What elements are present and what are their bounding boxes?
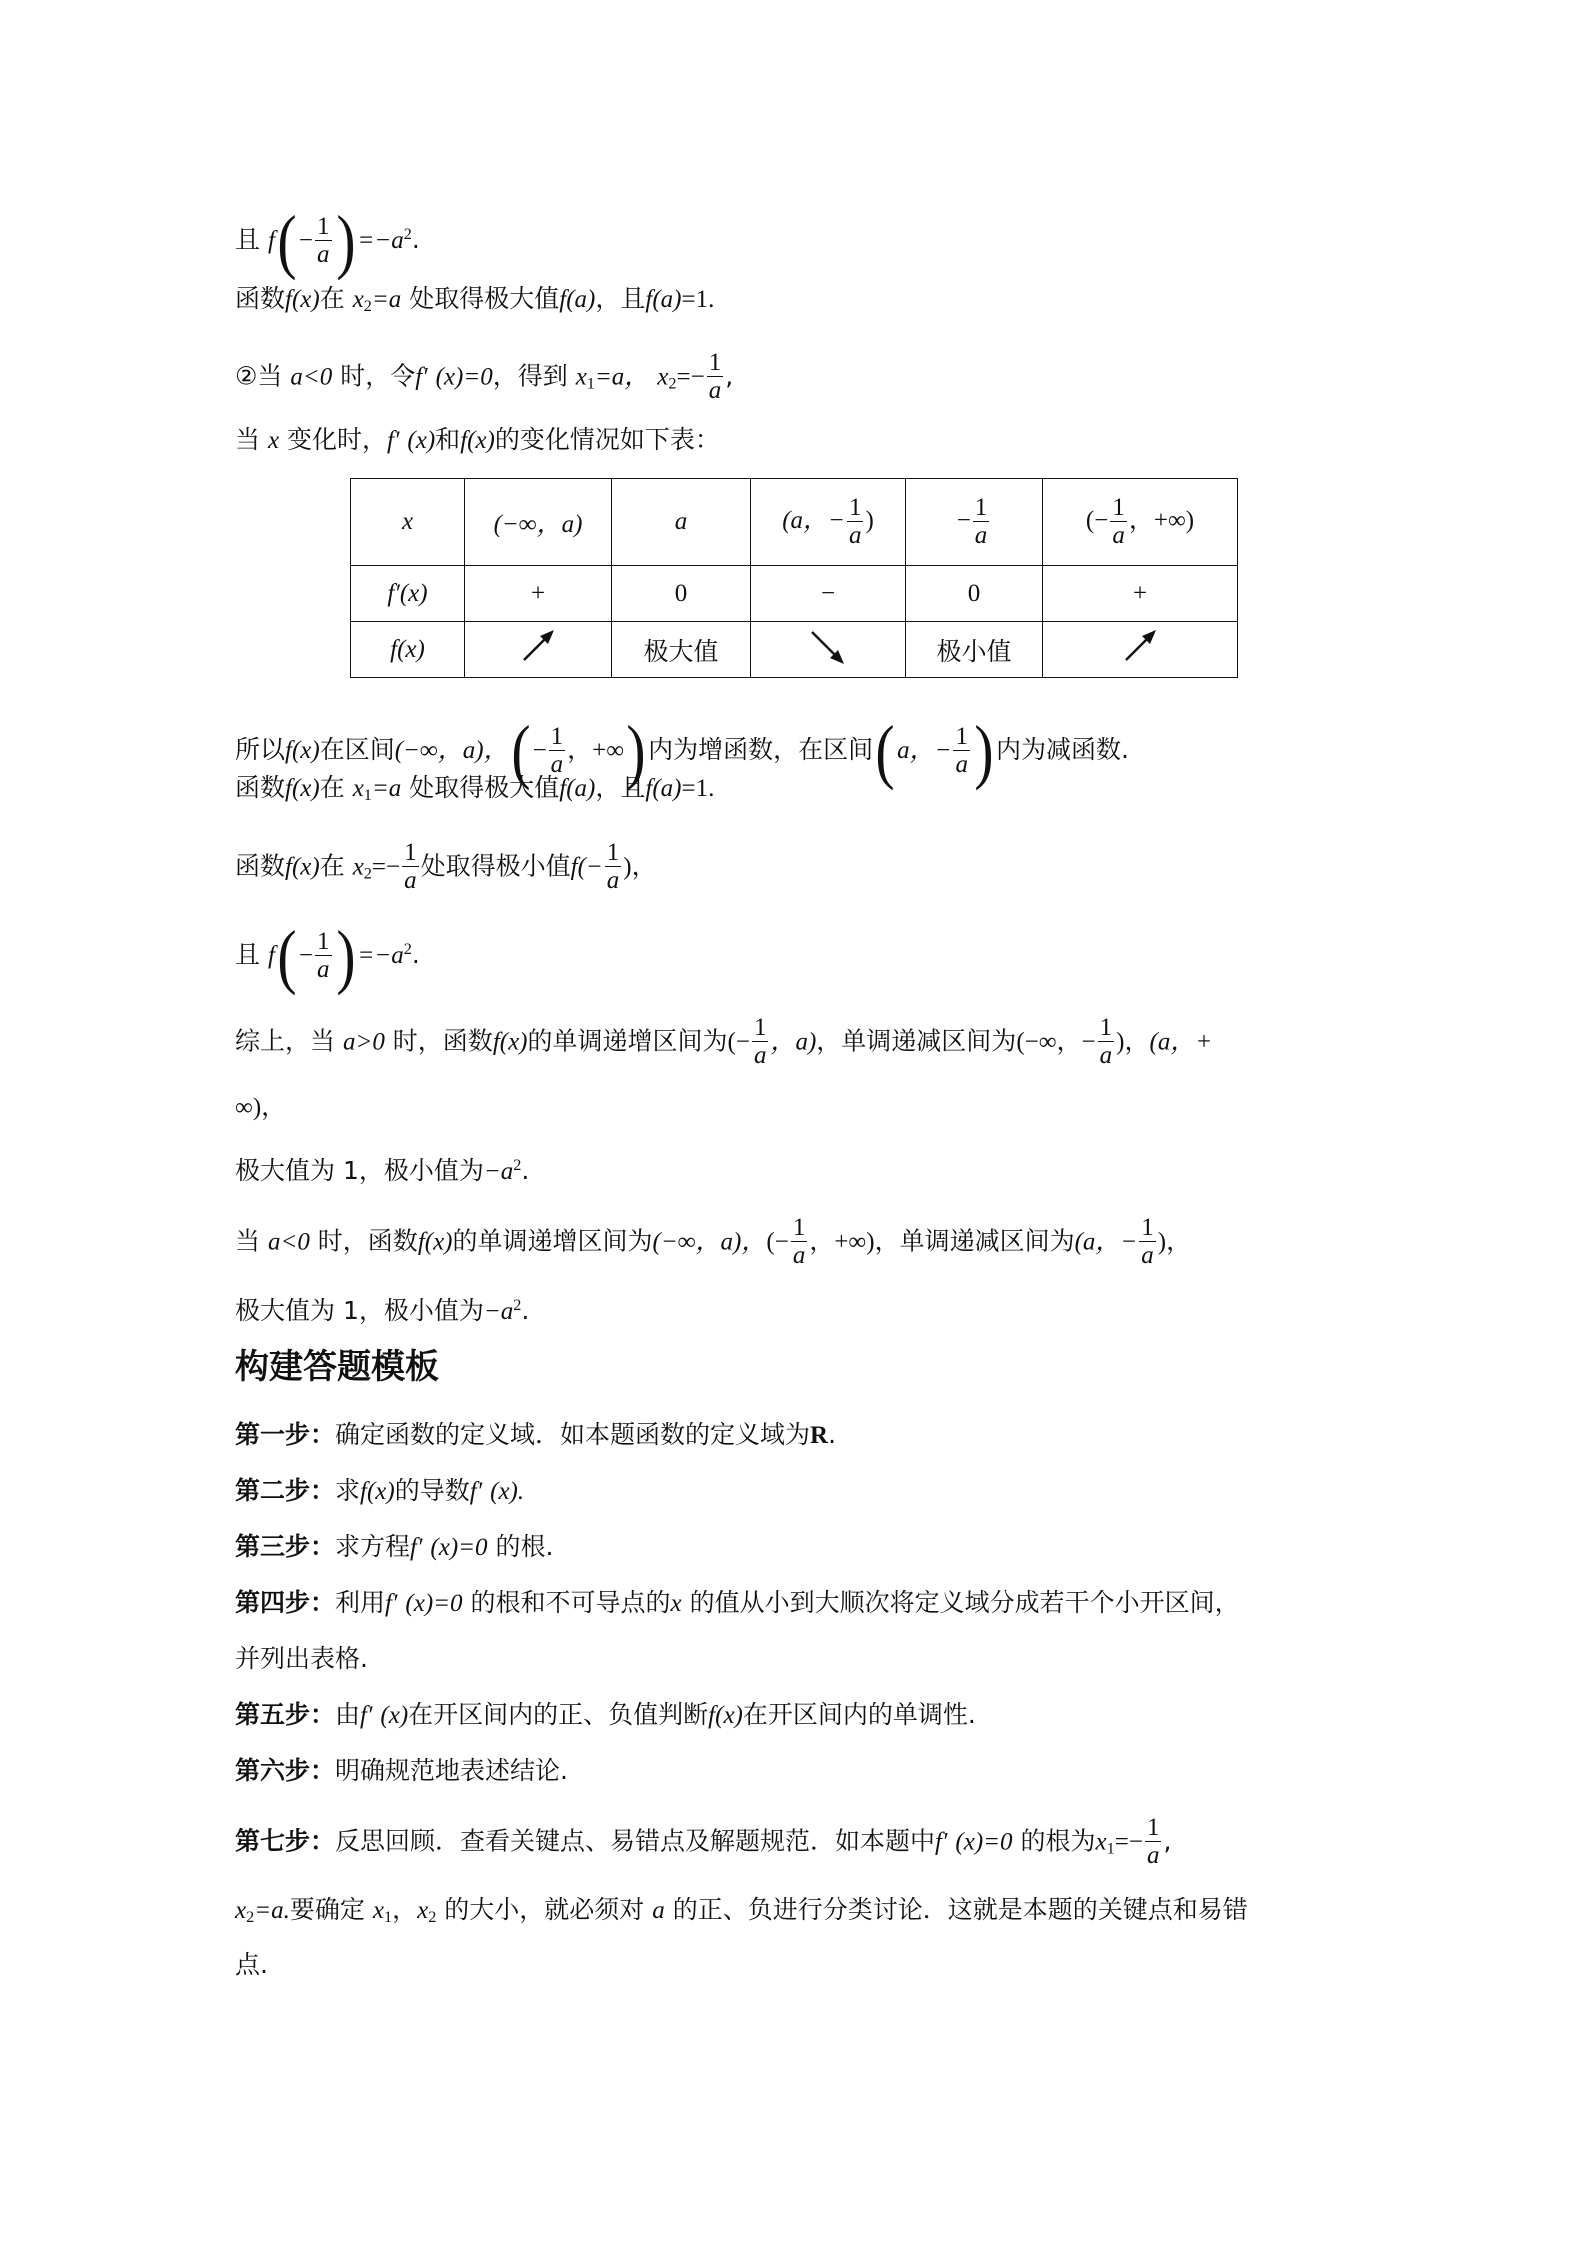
text: 处取得极小值 xyxy=(421,852,571,881)
cell-text: (− xyxy=(1086,507,1108,534)
section-heading: 构建答题模板 xyxy=(235,1347,439,1387)
subscript: 2 xyxy=(428,1908,436,1926)
denominator: a xyxy=(402,867,419,895)
math-fa: f(a) xyxy=(559,286,595,313)
denominator: a xyxy=(605,867,622,895)
math-expr: )， xyxy=(623,854,656,881)
math-expr: f(− xyxy=(571,854,603,881)
denominator: a xyxy=(752,1042,769,1070)
math-interval: (−∞，a)， xyxy=(653,1229,767,1256)
math-fx: f(x) xyxy=(285,854,320,881)
fraction: 1a xyxy=(752,1015,769,1070)
local-max-label: 极大值 xyxy=(643,637,718,666)
period: . xyxy=(412,225,420,254)
numerator: 1 xyxy=(973,495,990,522)
text: ，且 xyxy=(595,284,645,313)
table-row-fprime: f′(x) + 0 − 0 + xyxy=(351,566,1238,622)
step-text: 点. xyxy=(235,1950,268,1979)
cell-text: a xyxy=(675,508,688,535)
table-row-x: x (−∞，a) a (a，−1a) −1a (−1a，+∞) xyxy=(351,479,1238,566)
math-interval: (−∞，a)， xyxy=(395,737,509,764)
math-expr: =−a xyxy=(358,942,404,969)
text: ，得到 xyxy=(493,362,568,391)
denominator: a xyxy=(1139,1242,1156,1270)
sign-plus: + xyxy=(531,580,545,607)
conclusion-fmin-value-1: 且 f(−1a)=−a2. xyxy=(235,205,420,277)
variation-table: x (−∞，a) a (a，−1a) −1a (−1a，+∞) f′(x) + … xyxy=(350,478,1238,678)
step-label: 第六步： xyxy=(235,1756,335,1785)
math-expr: (x)=0 xyxy=(436,364,493,391)
row-header-f: f(x) xyxy=(351,622,465,678)
step-7-end: 点. xyxy=(235,1950,268,1980)
cell-text: ) xyxy=(865,507,873,534)
comma: , xyxy=(725,362,733,391)
math-expr: =a. xyxy=(254,1897,290,1924)
math-expr: (a，− xyxy=(1075,1229,1138,1256)
fraction: 1a xyxy=(847,495,864,550)
math-expr: =− xyxy=(1115,1829,1143,1856)
math-expr: (x) xyxy=(407,427,435,454)
fraction: 1a xyxy=(402,840,419,895)
denominator: a xyxy=(973,522,990,550)
denominator: a xyxy=(1145,1842,1162,1870)
denominator: a xyxy=(707,377,724,405)
fraction: 1a xyxy=(1110,495,1127,550)
text: 当 xyxy=(235,1227,260,1256)
cell-f-5 xyxy=(1043,622,1238,678)
zero: 0 xyxy=(968,580,981,607)
extreme-values-line-2: 极大值为 1，极小值为−a2. xyxy=(235,1290,529,1327)
math-fx: f(x) xyxy=(708,1702,743,1729)
big-paren-interval: (a，−1a) xyxy=(873,715,996,787)
step-label: 第四步： xyxy=(235,1588,335,1617)
math-x: x xyxy=(268,427,279,454)
numerator: 1 xyxy=(1110,495,1127,522)
text: 在区间 xyxy=(320,735,395,764)
conclusion-fmin-value-2: 且 f(−1a)=−a2. xyxy=(235,920,420,992)
cell-text: (−∞，a) xyxy=(494,511,583,538)
fraction: 1a xyxy=(315,929,332,984)
text: 在 xyxy=(320,284,345,313)
math-fa: f(a) xyxy=(645,775,681,802)
fraction: 1a xyxy=(1139,1215,1156,1270)
math-f: f xyxy=(268,227,275,254)
subscript: 2 xyxy=(364,297,372,315)
extreme-values-line-1: 极大值为 1，极小值为−a2. xyxy=(235,1150,529,1187)
cell-text: ，+∞) xyxy=(1129,507,1194,534)
step-text: 并列出表格. xyxy=(235,1644,368,1673)
cell-text: f′(x) xyxy=(387,580,427,607)
max-value-line-2: 函数f(x)在 x1=a 处取得极大值f(a)，且f(a)=1. xyxy=(235,773,714,810)
step-label: 第七步： xyxy=(235,1827,335,1856)
math-condition: a<0 xyxy=(268,1229,310,1256)
numerator: 1 xyxy=(315,929,332,956)
subscript: 1 xyxy=(587,375,595,393)
math-expr: (−∞，− xyxy=(1016,1029,1095,1056)
numerator: 1 xyxy=(752,1015,769,1042)
fraction: 1a xyxy=(973,495,990,550)
max-value-line-1: 函数f(x)在 x2=a 处取得极大值f(a)，且f(a)=1. xyxy=(235,284,714,321)
math-fprime: f′ xyxy=(415,364,427,391)
summary-a-positive-line: 综上，当 a>0 时，函数f(x)的单调递增区间为(−1a，a)，单调递减区间为… xyxy=(235,1015,1212,1070)
table-intro-line: 当 x 变化时，f′ (x)和f(x)的变化情况如下表： xyxy=(235,425,720,456)
math-x: x xyxy=(576,364,587,391)
math-expr: ，+∞ xyxy=(567,736,624,766)
cell-fprime-4: 0 xyxy=(906,566,1043,622)
cell-x-3: (a，−1a) xyxy=(751,479,906,566)
cell-fprime-2: 0 xyxy=(612,566,751,622)
math-fx: f(x) xyxy=(360,1478,395,1505)
denominator: a xyxy=(315,241,332,269)
math-a: a xyxy=(652,1897,665,1924)
cell-f-1 xyxy=(465,622,612,678)
cell-x-2: a xyxy=(612,479,751,566)
math-x: x xyxy=(353,854,364,881)
cell-x-4: −1a xyxy=(906,479,1043,566)
period: . xyxy=(521,1296,529,1325)
math-expr: =−a xyxy=(358,227,404,254)
text: 且 xyxy=(235,940,260,969)
step-text: 利用 xyxy=(335,1588,385,1617)
text: 所以 xyxy=(235,735,285,764)
numerator: 1 xyxy=(707,350,724,377)
math-fprime: f′ xyxy=(387,427,399,454)
numerator: 1 xyxy=(402,840,419,867)
table-row-f: f(x) 极大值 极小值 xyxy=(351,622,1238,678)
cell-f-4: 极小值 xyxy=(906,622,1043,678)
math-fprime: f′ xyxy=(935,1829,947,1856)
math-x: x xyxy=(373,1897,384,1924)
big-paren-expr: (−1a) xyxy=(275,205,358,277)
step-text: 的正、负进行分类讨论．这就是本题的关键点和易错 xyxy=(673,1895,1248,1924)
math-expr: =− xyxy=(676,364,704,391)
period: . xyxy=(828,1420,836,1449)
fraction: 1a xyxy=(549,724,566,779)
math-fa: f(a) xyxy=(559,775,595,802)
denominator: a xyxy=(953,751,970,779)
step-text: 的值从小到大顺次将定义域分成若干个小开区间， xyxy=(690,1588,1240,1617)
math-expr: (x)=0 xyxy=(405,1590,462,1617)
text: ，单调递减区间为 xyxy=(875,1227,1075,1256)
fraction: 1a xyxy=(1145,1815,1162,1870)
text: 在 xyxy=(320,852,345,881)
local-min-label: 极小值 xyxy=(936,637,1011,666)
minus: − xyxy=(299,941,313,971)
comma: , xyxy=(1163,1827,1171,1856)
zero: 0 xyxy=(675,580,688,607)
exponent: 2 xyxy=(404,940,412,958)
math-expr: =a xyxy=(372,286,401,313)
subscript: 2 xyxy=(364,865,372,883)
numerator: 1 xyxy=(953,724,970,751)
text: ，且 xyxy=(595,773,645,802)
math-expr: =a， xyxy=(595,364,649,391)
cell-text: f(x) xyxy=(390,636,425,663)
math-expr: (x)=0 xyxy=(955,1829,1012,1856)
denominator: a xyxy=(1110,522,1127,550)
math-x: x xyxy=(671,1590,682,1617)
text: 当 xyxy=(235,425,260,454)
step-text: 的大小，就必须对 xyxy=(444,1895,644,1924)
case-a-negative-line: ②当 a<0 时，令f′ (x)=0，得到 x1=a， x2=−1a, xyxy=(235,350,733,405)
math-expr: (x) xyxy=(380,1702,408,1729)
step-5: 第五步：由f′ (x)在开区间内的正、负值判断f(x)在开区间内的单调性. xyxy=(235,1700,976,1731)
cell-f-2: 极大值 xyxy=(612,622,751,678)
text: 处取得极大值 xyxy=(409,284,559,313)
math-fx: f(x) xyxy=(285,775,320,802)
step-text: 反思回顾．查看关键点、易错点及解题规范．如本题中 xyxy=(335,1827,935,1856)
big-paren-expr: (−1a) xyxy=(275,920,358,992)
text: 函数 xyxy=(235,284,285,313)
math-fprime: f′ xyxy=(470,1478,482,1505)
text: 内为增函数，在区间 xyxy=(648,735,873,764)
text: 时，函数 xyxy=(318,1227,418,1256)
summary-a-negative-line: 当 a<0 时，函数f(x)的单调递增区间为(−∞，a)，(−1a，+∞)，单调… xyxy=(235,1215,1191,1270)
step-text: 确定函数的定义域．如本题函数的定义域为 xyxy=(335,1420,810,1449)
decreasing-arrow-icon xyxy=(808,626,848,666)
fraction: 1a xyxy=(1098,1015,1115,1070)
math-x: x xyxy=(353,286,364,313)
math-expr: ，a) xyxy=(770,1029,816,1056)
numerator: 1 xyxy=(847,495,864,522)
math-fprime: f′ xyxy=(360,1702,372,1729)
math-expr: ，+∞) xyxy=(809,1229,874,1256)
cell-f-3 xyxy=(751,622,906,678)
minus: − xyxy=(533,736,547,766)
text: 的单调递增区间为 xyxy=(453,1227,653,1256)
text: 函数 xyxy=(235,852,285,881)
cell-x-1: (−∞，a) xyxy=(465,479,612,566)
text: ，单调递减区间为 xyxy=(816,1027,1016,1056)
step-2: 第二步：求f(x)的导数f′ (x). xyxy=(235,1476,524,1507)
denominator: a xyxy=(315,956,332,984)
math-fx: f(x) xyxy=(285,737,320,764)
step-text: 的根和不可导点的 xyxy=(470,1588,670,1617)
summary-continuation: ∞)， xyxy=(235,1093,286,1123)
math-expr: )， xyxy=(1116,1029,1149,1056)
numerator: 1 xyxy=(1139,1215,1156,1242)
denominator: a xyxy=(1098,1042,1115,1070)
step-text: 的根为 xyxy=(1020,1827,1095,1856)
exponent: 2 xyxy=(404,225,412,243)
math-expr: =a xyxy=(372,775,401,802)
step-label: 第五步： xyxy=(235,1700,335,1729)
step-text: 求 xyxy=(335,1476,360,1505)
cell-text: x xyxy=(402,508,413,535)
row-header-fprime: f′(x) xyxy=(351,566,465,622)
cell-text: (a，− xyxy=(782,507,845,534)
math-fprime: f′ xyxy=(385,1590,397,1617)
step-1: 第一步：确定函数的定义域．如本题函数的定义域为R. xyxy=(235,1420,836,1451)
math-x: x xyxy=(1096,1829,1107,1856)
step-label: 第一步： xyxy=(235,1420,335,1449)
step-label: 第二步： xyxy=(235,1476,335,1505)
subscript: 1 xyxy=(1107,1840,1115,1858)
math-fx: f(x) xyxy=(285,286,320,313)
sign-plus: + xyxy=(1133,580,1147,607)
step-3: 第三步：求方程f′ (x)=0 的根. xyxy=(235,1532,553,1563)
math-expr: −a xyxy=(484,1298,513,1325)
math-f: f xyxy=(268,942,275,969)
step-4: 第四步：利用f′ (x)=0 的根和不可导点的x 的值从小到大顺次将定义域分成若… xyxy=(235,1588,1240,1619)
math-expr: (a，+ xyxy=(1150,1029,1213,1056)
text: 变化时， xyxy=(287,425,387,454)
text: 极大值为 1，极小值为 xyxy=(235,1296,484,1325)
numerator: 1 xyxy=(1145,1815,1162,1842)
step-6: 第六步：明确规范地表述结论. xyxy=(235,1756,568,1786)
math-expr: =1. xyxy=(682,775,715,802)
numerator: 1 xyxy=(791,1215,808,1242)
math-fx: f(x) xyxy=(460,427,495,454)
denominator: a xyxy=(791,1242,808,1270)
math-expr: ∞)， xyxy=(235,1094,286,1121)
increasing-arrow-icon xyxy=(518,626,558,666)
step-4-continuation: 并列出表格. xyxy=(235,1644,368,1674)
fraction: 1a xyxy=(605,840,622,895)
math-fa: f(a) xyxy=(645,286,681,313)
cell-fprime-5: + xyxy=(1043,566,1238,622)
separator: ， xyxy=(392,1895,417,1924)
numerator: 1 xyxy=(315,214,332,241)
text: 时，函数 xyxy=(393,1027,493,1056)
numerator: 1 xyxy=(549,724,566,751)
math-expr: (− xyxy=(728,1029,750,1056)
math-expr: −a xyxy=(484,1158,513,1185)
text: 在 xyxy=(320,773,345,802)
period: . xyxy=(521,1156,529,1185)
math-condition: a>0 xyxy=(343,1029,385,1056)
subscript: 1 xyxy=(364,786,372,804)
math-expr: )， xyxy=(1158,1229,1191,1256)
step-text: 要确定 xyxy=(290,1895,365,1924)
math-expr: =1. xyxy=(682,286,715,313)
text: 内为减函数. xyxy=(996,735,1129,764)
increasing-arrow-icon xyxy=(1120,626,1160,666)
math-condition: a<0 xyxy=(290,364,332,391)
math-fprime: f′ xyxy=(410,1534,422,1561)
step-text: 由 xyxy=(335,1700,360,1729)
text: 和 xyxy=(435,425,460,454)
fraction: 1a xyxy=(707,350,724,405)
step-text: 求方程 xyxy=(335,1532,410,1561)
math-expr: (x). xyxy=(490,1478,524,1505)
math-expr: =− xyxy=(372,854,400,881)
math-expr: (x)=0 xyxy=(430,1534,487,1561)
sign-minus: − xyxy=(821,580,835,607)
text: 综上，当 xyxy=(235,1027,335,1056)
text: ②当 xyxy=(235,362,282,391)
cell-fprime-3: − xyxy=(751,566,906,622)
fraction: 1a xyxy=(953,724,970,779)
step-text: 的导数 xyxy=(395,1476,470,1505)
step-text: 在开区间内的正、负值判断 xyxy=(408,1700,708,1729)
text: 时，令 xyxy=(340,362,415,391)
minus: − xyxy=(957,507,971,534)
text: 且 xyxy=(235,225,260,254)
step-7-continuation: x2=a.要确定 x1，x2 的大小，就必须对 a 的正、负进行分类讨论．这就是… xyxy=(235,1895,1248,1932)
math-expr: (− xyxy=(766,1229,788,1256)
math-expr: a，− xyxy=(897,736,951,766)
subscript: 1 xyxy=(384,1908,392,1926)
denominator: a xyxy=(847,522,864,550)
numerator: 1 xyxy=(605,840,622,867)
minus: − xyxy=(299,226,313,256)
math-fx: f(x) xyxy=(418,1229,453,1256)
math-x: x xyxy=(657,364,668,391)
step-text: 明确规范地表述结论. xyxy=(335,1756,568,1785)
text: 函数 xyxy=(235,773,285,802)
step-text: 的根. xyxy=(495,1532,553,1561)
step-label: 第三步： xyxy=(235,1532,335,1561)
cell-x-5: (−1a，+∞) xyxy=(1043,479,1238,566)
step-7: 第七步：反思回顾．查看关键点、易错点及解题规范．如本题中f′ (x)=0 的根为… xyxy=(235,1815,1171,1870)
fraction: 1a xyxy=(315,214,332,269)
row-header-x: x xyxy=(351,479,465,566)
period: . xyxy=(412,940,420,969)
step-text: 在开区间内的单调性. xyxy=(743,1700,976,1729)
math-x: x xyxy=(353,775,364,802)
math-R: R xyxy=(810,1422,828,1449)
text: 的单调递增区间为 xyxy=(528,1027,728,1056)
fraction: 1a xyxy=(791,1215,808,1270)
math-fx: f(x) xyxy=(493,1029,528,1056)
min-value-line: 函数f(x)在 x2=−1a处取得极小值f(−1a)， xyxy=(235,840,657,895)
numerator: 1 xyxy=(1098,1015,1115,1042)
text: 极大值为 1，极小值为 xyxy=(235,1156,484,1185)
text: 的变化情况如下表： xyxy=(495,425,720,454)
math-x: x xyxy=(235,1897,246,1924)
text: 处取得极大值 xyxy=(409,773,559,802)
math-x: x xyxy=(417,1897,428,1924)
cell-fprime-1: + xyxy=(465,566,612,622)
